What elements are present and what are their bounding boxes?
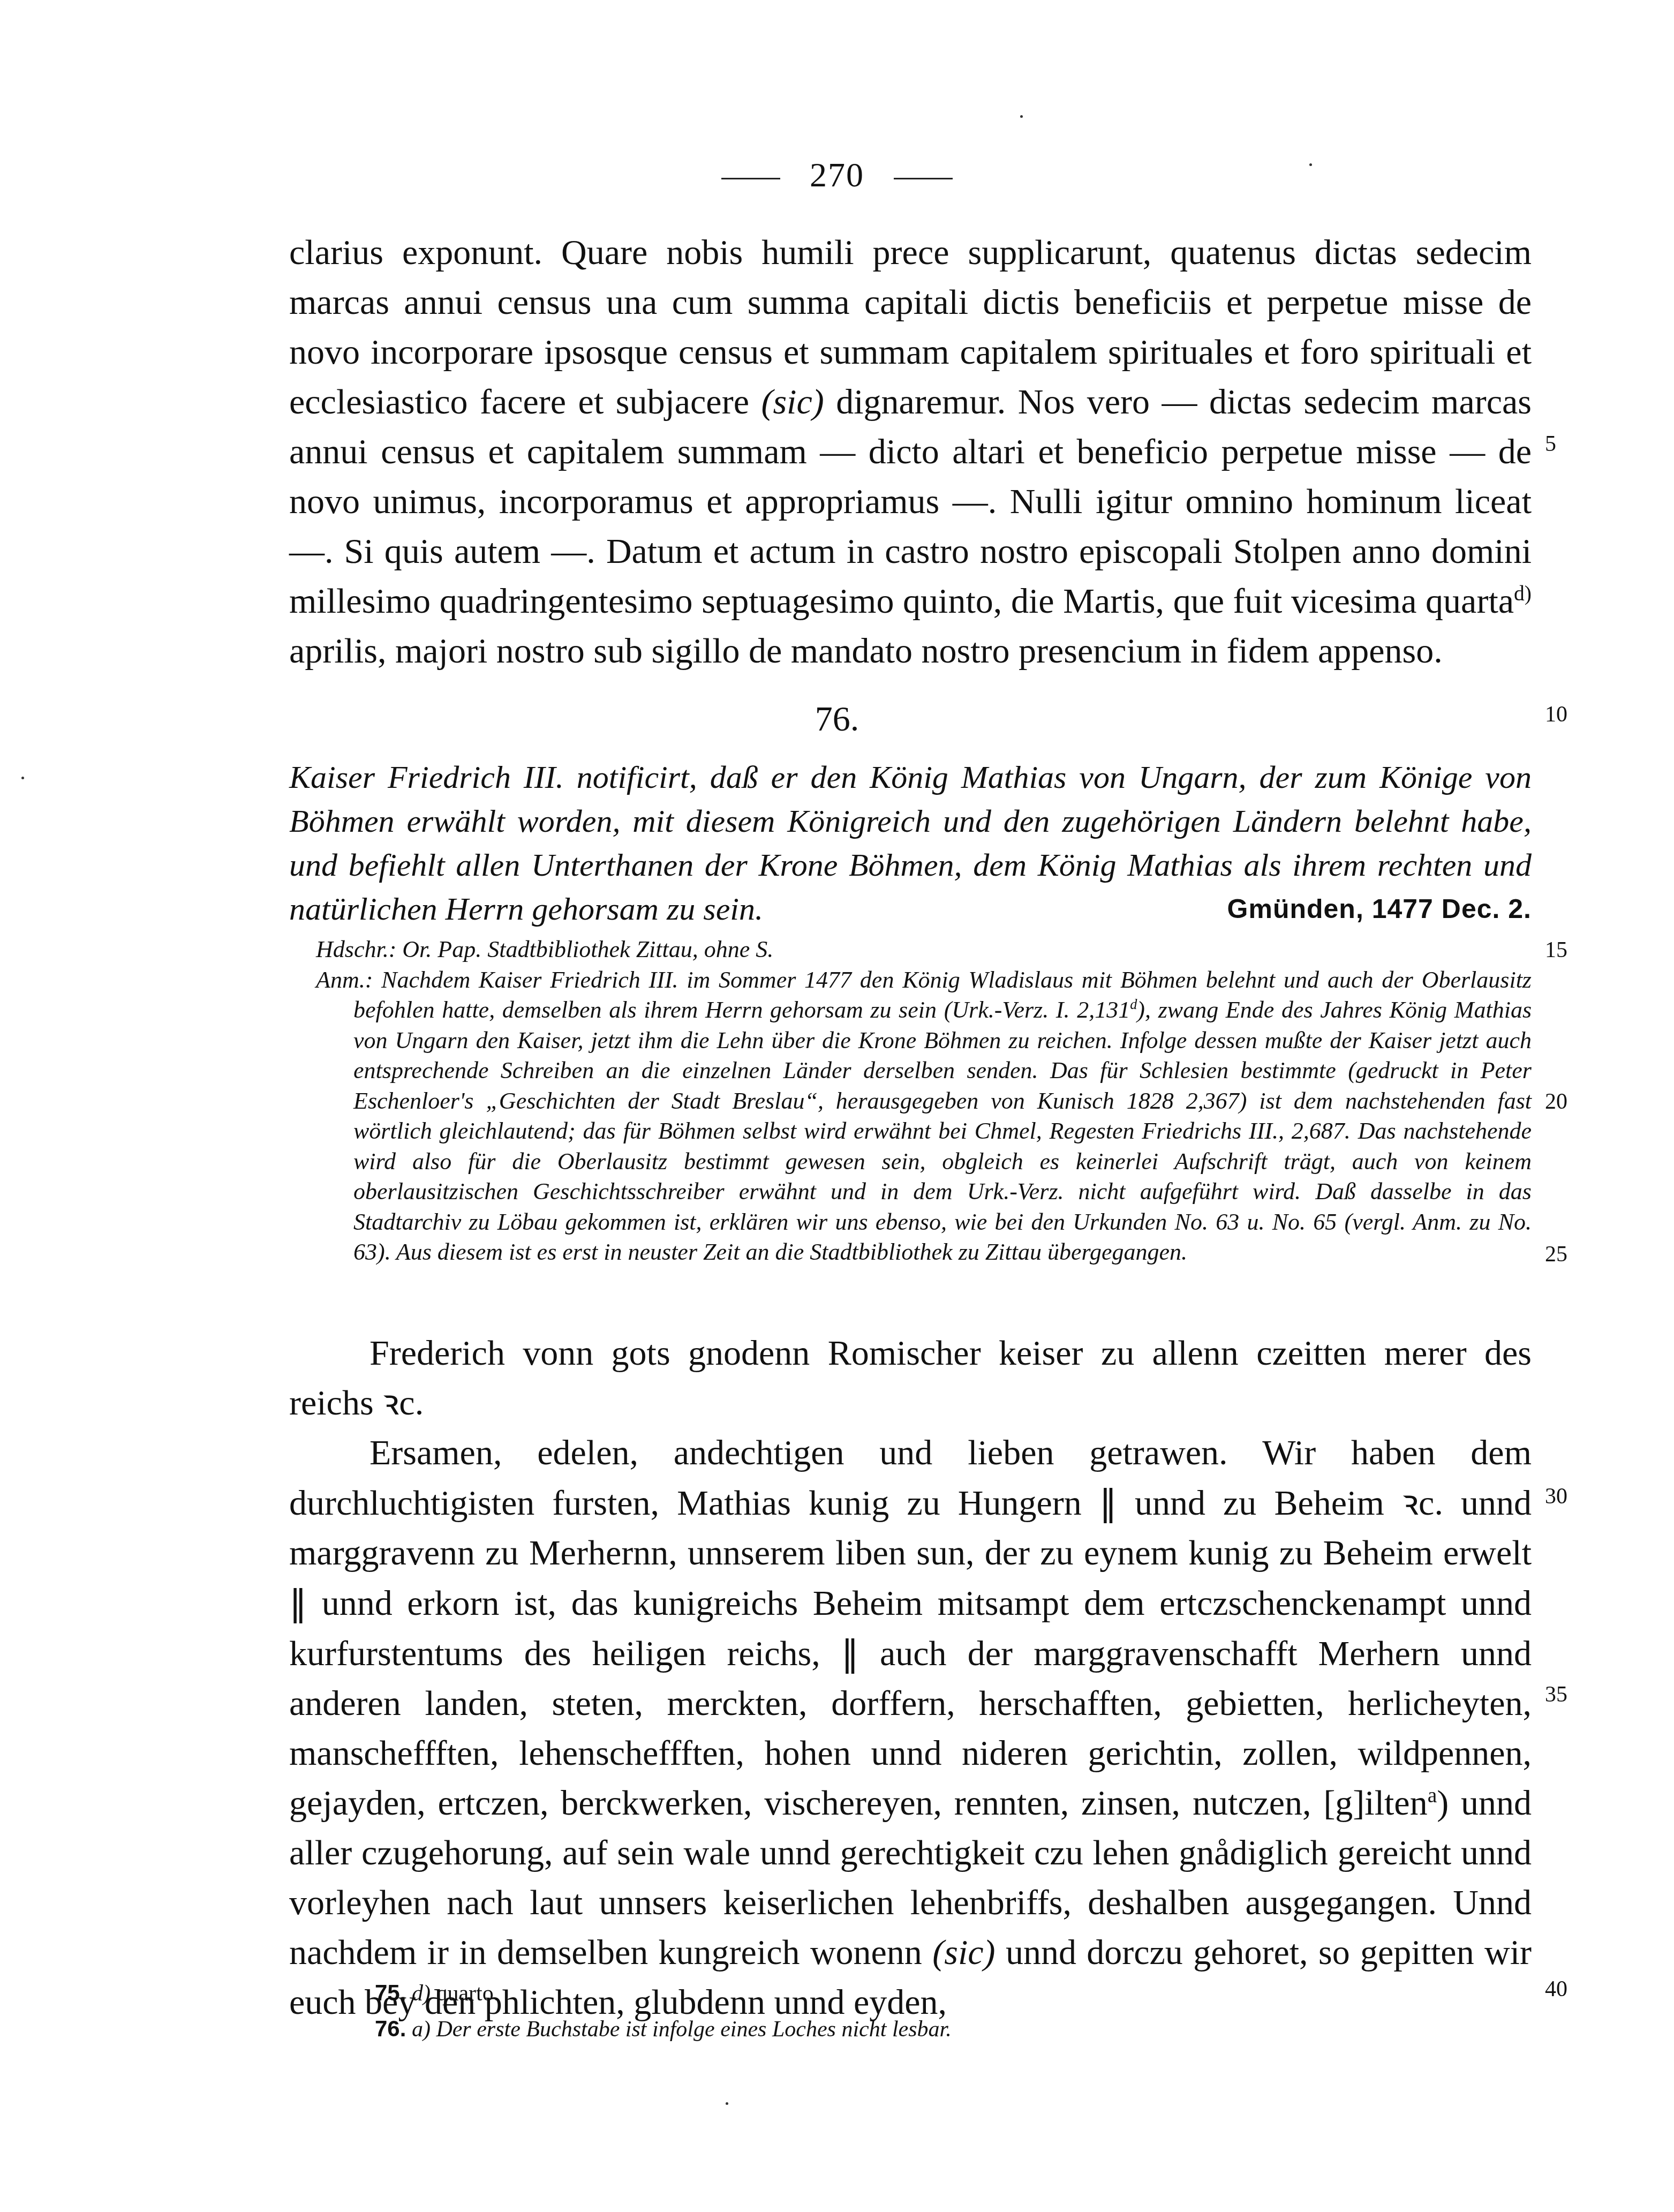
book-page: 270 clarius exponunt. Quare nobis humili… [0, 0, 1674, 2212]
line-number: 20 [1545, 1089, 1567, 1115]
line-number: 5 [1545, 431, 1556, 457]
annotation-note: Anm.: Nachdem Kaiser Friedrich III. im S… [316, 965, 1532, 1268]
line-break-mark: ‖ [289, 1582, 307, 1623]
scan-speck [726, 2102, 728, 2105]
line-number: 35 [1545, 1682, 1567, 1707]
line-number: 25 [1545, 1242, 1567, 1267]
sic-mark: (sic) [932, 1933, 995, 1972]
text-run: ), zwang Ende des Jahres König Mathias v… [353, 997, 1532, 1265]
critical-apparatus: Hdschr.: Or. Pap. Stadtbibliothek Zittau… [316, 935, 1532, 1268]
footnote: 76. a) Der erste Buchstabe ist infolge e… [375, 2011, 1553, 2047]
footnote-ref: 76. [375, 2016, 406, 2041]
footnote: 75. d) quarto. [375, 1975, 1553, 2011]
footnotes: 75. d) quarto. 76. a) Der erste Buchstab… [375, 1975, 1553, 2047]
body-paragraph: Ersamen, edelen, andechtigen und lieben … [289, 1428, 1532, 2027]
text-run: aprilis, majori nostro sub sigillo de ma… [289, 631, 1443, 671]
footnote-mark-d: d) [1514, 582, 1532, 605]
scan-speck [21, 777, 24, 779]
line-number: 15 [1545, 937, 1567, 963]
manuscript-note: Hdschr.: Or. Pap. Stadtbibliothek Zittau… [316, 935, 1532, 965]
continuation-text: clarius exponunt. Quare nobis humili pre… [289, 228, 1532, 676]
intitulatio: Frederich vonn gots gnodenn Romischer ke… [289, 1328, 1532, 1428]
place-date: Gmünden, 1477 Dec. 2. [1227, 887, 1532, 931]
document-text: Frederich vonn gots gnodenn Romischer ke… [289, 1328, 1532, 2027]
header-rule-left [721, 178, 780, 179]
footnote-text: Der erste Buchstabe ist infolge eines Lo… [436, 2017, 951, 2042]
document-number: 76. [0, 699, 1674, 740]
continuation-paragraph: clarius exponunt. Quare nobis humili pre… [289, 228, 1532, 676]
scan-speck [1309, 163, 1312, 166]
line-number: 10 [1545, 702, 1567, 727]
line-break-mark: ‖ [841, 1632, 859, 1674]
regest: Kaiser Friedrich III. notificirt, daß er… [289, 755, 1532, 931]
superscript-mark: d [1130, 996, 1137, 1012]
sic-mark: (sic) [761, 382, 824, 422]
footnote-mark-a: a [1428, 1784, 1437, 1807]
header-rule-right [894, 178, 953, 179]
footnote-mark: d) [412, 1981, 431, 2006]
line-number: 30 [1545, 1484, 1567, 1509]
footnote-ref: 75. [375, 1980, 406, 2005]
footnote-text: quarto. [436, 1981, 499, 2006]
scan-speck [1020, 115, 1023, 118]
page-number: 270 [810, 156, 864, 194]
footnote-mark: a) [412, 2017, 431, 2042]
running-header: 270 [0, 155, 1674, 195]
line-break-mark: ‖ [1099, 1482, 1117, 1523]
